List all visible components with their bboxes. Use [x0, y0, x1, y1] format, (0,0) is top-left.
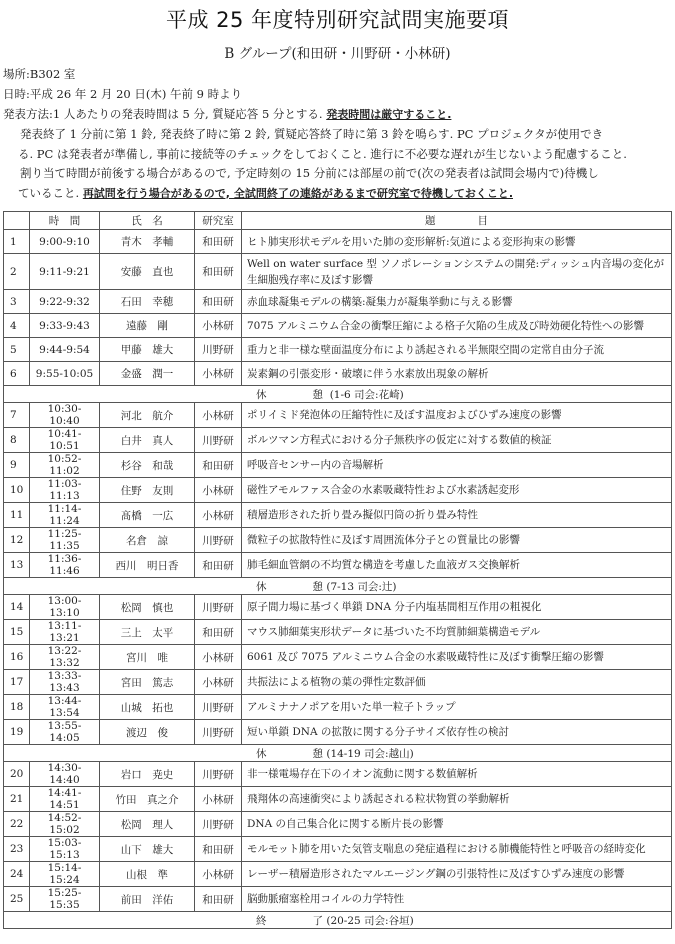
row-topic: 非一様電場存在下のイオン流動に関する数値解析: [242, 762, 672, 787]
row-num: 7: [4, 403, 30, 428]
row-name: 金盛 潤一: [100, 362, 195, 386]
row-topic: ポリイミド発泡体の圧縮特性に及ぼす温度およびひずみ速度の影響: [242, 403, 672, 428]
row-name: 安藤 直也: [100, 254, 195, 290]
table-row: 2315:03-15:13山下 雄大和田研モルモット肺を用いた気管支喘息の発症過…: [4, 837, 672, 862]
row-num: 17: [4, 670, 30, 695]
row-lab: 小林研: [195, 362, 242, 386]
row-lab: 川野研: [195, 812, 242, 837]
row-time: 9:33-9:43: [30, 314, 100, 338]
table-row: 1913:55-14:05渡辺 俊川野研短い単鎖 DNA の拡散に関する分子サイ…: [4, 720, 672, 745]
row-num: 13: [4, 553, 30, 578]
row-name: 白井 真人: [100, 428, 195, 453]
row-lab: 和田研: [195, 254, 242, 290]
row-num: 10: [4, 478, 30, 503]
break-row: 休憩 (14-19 司会:越山): [4, 745, 672, 762]
break-detail: (14-19 司会:越山): [326, 748, 413, 760]
row-name: 西川 明日香: [100, 553, 195, 578]
row-topic: レーザー積層造形されたマルエージング鋼の引張特性に及ぼすひずみ速度の影響: [242, 862, 672, 887]
row-topic: 短い単鎖 DNA の拡散に関する分子サイズ依存性の検討: [242, 720, 672, 745]
row-topic: 飛翔体の高速衝突により誘起される粒状物質の挙動解析: [242, 787, 672, 812]
row-lab: 和田研: [195, 453, 242, 478]
row-lab: 小林研: [195, 787, 242, 812]
table-row: 2014:30-14:40岩口 尭史川野研非一様電場存在下のイオン流動に関する数…: [4, 762, 672, 787]
row-lab: 川野研: [195, 428, 242, 453]
row-time: 10:52-11:02: [30, 453, 100, 478]
row-num: 23: [4, 837, 30, 862]
row-topic: ヒト肺実形状モデルを用いた肺の変形解析:気道による変形拘束の影響: [242, 230, 672, 254]
row-num: 16: [4, 645, 30, 670]
row-time: 10:41-10:51: [30, 428, 100, 453]
row-name: 河北 航介: [100, 403, 195, 428]
row-lab: 小林研: [195, 314, 242, 338]
header-time: 時 間: [30, 212, 100, 230]
row-topic: モルモット肺を用いた気管支喘息の発症過程における肺機能特性と呼吸音の経時変化: [242, 837, 672, 862]
row-num: 5: [4, 338, 30, 362]
row-num: 18: [4, 695, 30, 720]
row-time: 11:36-11:46: [30, 553, 100, 578]
break-detail: (20-25 司会:谷垣): [326, 915, 413, 927]
row-num: 11: [4, 503, 30, 528]
row-lab: 川野研: [195, 695, 242, 720]
table-row: 1413:00-13:10松岡 慎也川野研原子間力場に基づく単鎖 DNA 分子内…: [4, 595, 672, 620]
table-row: 710:30-10:40河北 航介小林研ポリイミド発泡体の圧縮特性に及ぼす温度お…: [4, 403, 672, 428]
table-row: 39:22-9:32石田 幸穂和田研赤血球凝集モデルの構築:凝集力が凝集挙動に与…: [4, 290, 672, 314]
row-name: 竹田 真之介: [100, 787, 195, 812]
table-row: 1011:03-11:13住野 友則小林研磁性アモルファス合金の水素吸蔵特性およ…: [4, 478, 672, 503]
row-lab: 和田研: [195, 230, 242, 254]
break-cell: 休憩 (7-13 司会:辻): [4, 578, 672, 595]
row-lab: 川野研: [195, 338, 242, 362]
table-row: 2415:14-15:24山根 準小林研レーザー積層造形されたマルエージング鋼の…: [4, 862, 672, 887]
row-time: 11:14-11:24: [30, 503, 100, 528]
table-row: 810:41-10:51白井 真人川野研ボルツマン方程式における分子無秩序の仮定…: [4, 428, 672, 453]
row-time: 9:11-9:21: [30, 254, 100, 290]
table-row: 1513:11-13:21三上 太平和田研マウス肺細葉実形状データに基づいた不均…: [4, 620, 672, 645]
date-line: 日時:平成 26 年 2 月 20 日(木) 午前 9 時より: [3, 86, 242, 102]
header-lab: 研究室: [195, 212, 242, 230]
method-text: 発表方法:1 人あたりの発表時間は 5 分, 質疑応答 5 分とする.: [3, 107, 326, 121]
row-num: 20: [4, 762, 30, 787]
break-detail: (1-6 司会:花崎): [330, 389, 404, 401]
break-label-b: 了: [313, 915, 324, 927]
row-lab: 小林研: [195, 478, 242, 503]
row-name: 杉谷 和哉: [100, 453, 195, 478]
row-topic: 肺毛細血管網の不均質な構造を考慮した血液ガス交換解析: [242, 553, 672, 578]
row-time: 15:14-15:24: [30, 862, 100, 887]
row-topic: 原子間力場に基づく単鎖 DNA 分子内塩基間相互作用の粗視化: [242, 595, 672, 620]
schedule-table: 時 間 氏 名 研究室 題 目 19:00-9:10青木 孝輔和田研ヒト肺実形状…: [3, 211, 672, 929]
row-lab: 川野研: [195, 595, 242, 620]
row-topic: 共振法による植物の葉の弾性定数評価: [242, 670, 672, 695]
note-line: 割り当て時間が前後する場合があるので, 予定時刻の 15 分前には部屋の前で(次…: [20, 164, 670, 184]
row-lab: 川野研: [195, 720, 242, 745]
row-time: 15:25-15:35: [30, 887, 100, 912]
row-time: 13:22-13:32: [30, 645, 100, 670]
row-name: 甲藤 雄大: [100, 338, 195, 362]
break-cell: 休憩 (14-19 司会:越山): [4, 745, 672, 762]
note-line: ていること. 再試問を行う場合があるので, 全試問終了の連絡があるまで研究室で待…: [18, 184, 670, 204]
row-lab: 和田研: [195, 290, 242, 314]
row-topic: ボルツマン方程式における分子無秩序の仮定に対する数値的検証: [242, 428, 672, 453]
table-row: 2214:52-15:02松岡 理人川野研DNA の自己集合化に関する断片長の影…: [4, 812, 672, 837]
row-topic: 呼吸音センサー内の音場解析: [242, 453, 672, 478]
row-topic: 磁性アモルファス合金の水素吸蔵特性および水素誘起変形: [242, 478, 672, 503]
row-topic: 赤血球凝集モデルの構築:凝集力が凝集挙動に与える影響: [242, 290, 672, 314]
row-lab: 和田研: [195, 837, 242, 862]
break-label-b: 憩: [313, 581, 324, 593]
table-row: 19:00-9:10青木 孝輔和田研ヒト肺実形状モデルを用いた肺の変形解析:気道…: [4, 230, 672, 254]
row-name: 宮田 篤志: [100, 670, 195, 695]
note-text: ていること.: [18, 186, 83, 200]
table-row: 69:55-10:05金盛 潤一小林研炭素鋼の引張変形・破壊に伴う水素放出現象の…: [4, 362, 672, 386]
row-time: 10:30-10:40: [30, 403, 100, 428]
row-time: 14:30-14:40: [30, 762, 100, 787]
row-time: 9:22-9:32: [30, 290, 100, 314]
row-name: 髙橋 一広: [100, 503, 195, 528]
break-label-a: 休: [256, 581, 267, 593]
table-row: 59:44-9:54甲藤 雄大川野研重力と非一様な壁面温度分布により誘起される半…: [4, 338, 672, 362]
row-time: 13:55-14:05: [30, 720, 100, 745]
table-row: 2114:41-14:51竹田 真之介小林研飛翔体の高速衝突により誘起される粒状…: [4, 787, 672, 812]
row-lab: 川野研: [195, 528, 242, 553]
row-num: 9: [4, 453, 30, 478]
row-topic: 炭素鋼の引張変形・破壊に伴う水素放出現象の解析: [242, 362, 672, 386]
row-num: 3: [4, 290, 30, 314]
break-row: 休憩 (1-6 司会:花崎): [4, 386, 672, 403]
row-num: 6: [4, 362, 30, 386]
header-name: 氏 名: [100, 212, 195, 230]
break-detail: (7-13 司会:辻): [326, 581, 396, 593]
row-topic: 重力と非一様な壁面温度分布により誘起される半無限空間の定常自由分子流: [242, 338, 672, 362]
row-name: 山城 拓也: [100, 695, 195, 720]
row-num: 2: [4, 254, 30, 290]
row-topic: Well on water surface 型 ソノポレーションシステムの開発:…: [242, 254, 672, 290]
table-row: 2515:25-15:35前田 洋佑和田研脳動脈瘤塞栓用コイルの力学特性: [4, 887, 672, 912]
row-time: 13:00-13:10: [30, 595, 100, 620]
table-row: 1211:25-11:35名倉 諒川野研微粒子の拡散特性に及ぼす周囲流体分子との…: [4, 528, 672, 553]
row-num: 19: [4, 720, 30, 745]
row-name: 青木 孝輔: [100, 230, 195, 254]
row-lab: 和田研: [195, 620, 242, 645]
row-lab: 和田研: [195, 553, 242, 578]
break-label-a: 休: [256, 389, 267, 401]
group-subtitle: B グループ(和田研・川野研・小林研): [0, 42, 675, 62]
instructions-block: 発表終了 1 分前に第 1 鈴, 発表終了時に第 2 鈴, 質疑応答終了時に第 …: [20, 125, 670, 203]
row-name: 松岡 理人: [100, 812, 195, 837]
row-topic: 微粒子の拡散特性に及ぼす周囲流体分子との質量比の影響: [242, 528, 672, 553]
row-num: 12: [4, 528, 30, 553]
row-time: 14:52-15:02: [30, 812, 100, 837]
row-topic: アルミナナノポアを用いた単一粒子トラップ: [242, 695, 672, 720]
row-num: 8: [4, 428, 30, 453]
row-name: 名倉 諒: [100, 528, 195, 553]
note-emphasis: 再試問を行う場合があるので, 全試問終了の連絡があるまで研究室で待機しておくこと…: [83, 187, 513, 200]
break-row: 休憩 (7-13 司会:辻): [4, 578, 672, 595]
row-time: 13:44-13:54: [30, 695, 100, 720]
row-num: 15: [4, 620, 30, 645]
table-row: 1813:44-13:54山城 拓也川野研アルミナナノポアを用いた単一粒子トラッ…: [4, 695, 672, 720]
row-lab: 川野研: [195, 762, 242, 787]
row-name: 住野 友則: [100, 478, 195, 503]
table-row: 1613:22-13:32宮川 唯小林研6061 及び 7075 アルミニウム合…: [4, 645, 672, 670]
row-num: 1: [4, 230, 30, 254]
row-name: 遠藤 剛: [100, 314, 195, 338]
row-name: 岩口 尭史: [100, 762, 195, 787]
table-row: 49:33-9:43遠藤 剛小林研7075 アルミニウム合金の衝撃圧縮による格子…: [4, 314, 672, 338]
row-num: 4: [4, 314, 30, 338]
header-topic: 題 目: [242, 212, 672, 230]
row-num: 24: [4, 862, 30, 887]
row-time: 11:25-11:35: [30, 528, 100, 553]
row-time: 11:03-11:13: [30, 478, 100, 503]
method-emphasis: 発表時間は厳守すること.: [326, 108, 451, 121]
row-name: 山根 準: [100, 862, 195, 887]
row-lab: 小林研: [195, 503, 242, 528]
row-name: 三上 太平: [100, 620, 195, 645]
row-time: 14:41-14:51: [30, 787, 100, 812]
row-lab: 和田研: [195, 887, 242, 912]
row-lab: 小林研: [195, 670, 242, 695]
row-topic: 積層造形された折り畳み擬似円筒の折り畳み特性: [242, 503, 672, 528]
header-num: [4, 212, 30, 230]
row-topic: 脳動脈瘤塞栓用コイルの力学特性: [242, 887, 672, 912]
location-line: 場所:B302 室: [3, 66, 75, 82]
row-time: 9:55-10:05: [30, 362, 100, 386]
table-header-row: 時 間 氏 名 研究室 題 目: [4, 212, 672, 230]
row-name: 宮川 唯: [100, 645, 195, 670]
method-line: 発表方法:1 人あたりの発表時間は 5 分, 質疑応答 5 分とする. 発表時間…: [3, 106, 451, 122]
row-lab: 小林研: [195, 862, 242, 887]
break-label-b: 憩: [313, 389, 324, 401]
break-label-a: 休: [256, 748, 267, 760]
row-name: 前田 洋佑: [100, 887, 195, 912]
row-lab: 小林研: [195, 645, 242, 670]
row-lab: 小林研: [195, 403, 242, 428]
row-time: 9:44-9:54: [30, 338, 100, 362]
row-num: 25: [4, 887, 30, 912]
row-num: 14: [4, 595, 30, 620]
table-row: 1111:14-11:24髙橋 一広小林研積層造形された折り畳み擬似円筒の折り畳…: [4, 503, 672, 528]
break-label-b: 憩: [313, 748, 324, 760]
row-num: 22: [4, 812, 30, 837]
note-line: 発表終了 1 分前に第 1 鈴, 発表終了時に第 2 鈴, 質疑応答終了時に第 …: [20, 125, 670, 145]
row-topic: マウス肺細葉実形状データに基づいた不均質肺細葉構造モデル: [242, 620, 672, 645]
row-time: 15:03-15:13: [30, 837, 100, 862]
end-row: 終了 (20-25 司会:谷垣): [4, 912, 672, 929]
row-name: 石田 幸穂: [100, 290, 195, 314]
row-topic: 6061 及び 7075 アルミニウム合金の水素吸蔵特性に及ぼす衝撃圧縮の影響: [242, 645, 672, 670]
table-row: 910:52-11:02杉谷 和哉和田研呼吸音センサー内の音場解析: [4, 453, 672, 478]
row-name: 山下 雄大: [100, 837, 195, 862]
break-cell: 終了 (20-25 司会:谷垣): [4, 912, 672, 929]
row-time: 13:11-13:21: [30, 620, 100, 645]
row-name: 松岡 慎也: [100, 595, 195, 620]
row-num: 21: [4, 787, 30, 812]
table-row: 1713:33-13:43宮田 篤志小林研共振法による植物の葉の弾性定数評価: [4, 670, 672, 695]
row-time: 13:33-13:43: [30, 670, 100, 695]
row-topic: 7075 アルミニウム合金の衝撃圧縮による格子欠陥の生成及び時効硬化特性への影響: [242, 314, 672, 338]
row-topic: DNA の自己集合化に関する断片長の影響: [242, 812, 672, 837]
table-row: 1311:36-11:46西川 明日香和田研肺毛細血管網の不均質な構造を考慮した…: [4, 553, 672, 578]
document-title: 平成 25 年度特別研究試問実施要項: [0, 4, 675, 34]
note-line: る. PC は発表者が準備し, 事前に接続等のチェックをしておくこと. 進行に不…: [18, 145, 670, 165]
break-label-a: 終: [256, 915, 267, 927]
table-row: 29:11-9:21安藤 直也和田研Well on water surface …: [4, 254, 672, 290]
break-cell: 休憩 (1-6 司会:花崎): [4, 386, 672, 403]
row-time: 9:00-9:10: [30, 230, 100, 254]
row-name: 渡辺 俊: [100, 720, 195, 745]
